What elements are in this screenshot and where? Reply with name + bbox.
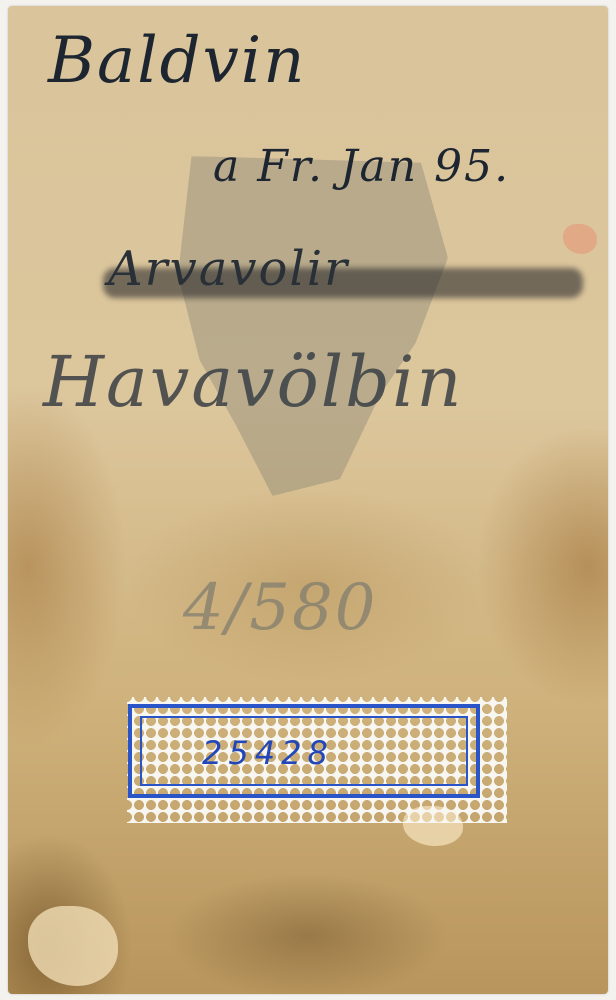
label-border: 25428 <box>128 704 480 798</box>
handwritten-date: a Fr. Jan 95. <box>213 141 510 192</box>
pencil-note: 4/580 <box>183 571 377 645</box>
label-inner-border: 25428 <box>140 716 468 786</box>
handwritten-place: Havavölbin <box>43 341 463 423</box>
handwritten-name: Baldvin <box>48 24 306 98</box>
paper-tear <box>28 906 118 986</box>
inventory-number: 25428 <box>202 734 334 772</box>
handwritten-struck-text: Arvavolir <box>108 241 349 297</box>
glue-residue-patch <box>178 156 448 496</box>
color-spot <box>563 224 597 254</box>
photo-card-back: Baldvin a Fr. Jan 95. Arvavolir Havavölb… <box>8 6 608 994</box>
